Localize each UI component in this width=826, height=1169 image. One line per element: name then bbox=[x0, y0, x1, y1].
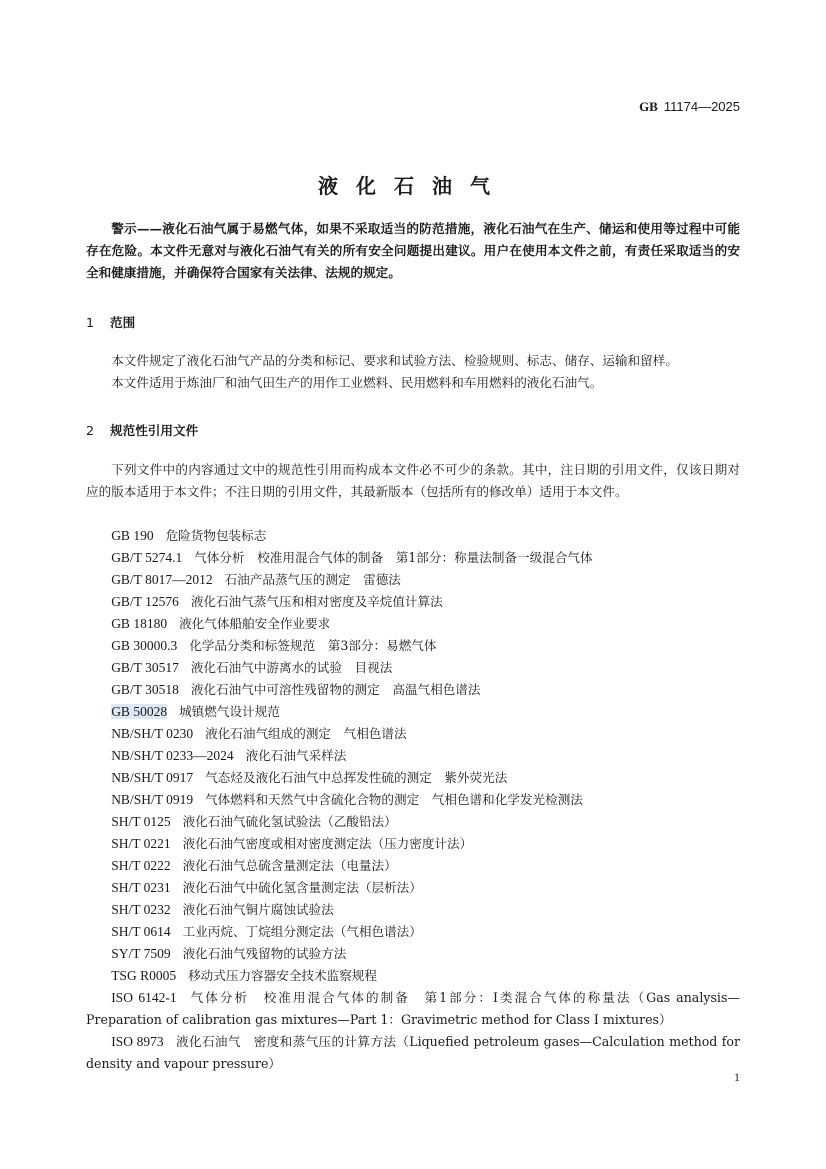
scope-paragraph-2: 本文件适用于炼油厂和油气田生产的用作工业燃料、民用燃料和车用燃料的液化石油气。 bbox=[86, 372, 740, 394]
reference-item: ISO 6142-1气体分析 校准用混合气体的制备 第1部分：I类混合气体的称量… bbox=[86, 987, 740, 1031]
reference-item: GB/T 8017—2012石油产品蒸气压的测定 雷德法 bbox=[86, 569, 740, 591]
reference-list: GB 190危险货物包装标志 GB/T 5274.1气体分析 校准用混合气体的制… bbox=[86, 525, 740, 1075]
references-intro: 下列文件中的内容通过文中的规范性引用而构成本文件必不可少的条款。其中，注日期的引… bbox=[86, 459, 740, 503]
reference-item: GB 190危险货物包装标志 bbox=[86, 525, 740, 547]
reference-item-highlighted: GB 50028城镇燃气设计规范 bbox=[86, 701, 740, 723]
reference-item: SH/T 0231液化石油气中硫化氢含量测定法（层析法） bbox=[86, 877, 740, 899]
reference-item: SH/T 0221液化石油气密度或相对密度测定法（压力密度计法） bbox=[86, 833, 740, 855]
reference-item: GB 18180液化气体船舶安全作业要求 bbox=[86, 613, 740, 635]
reference-item: GB/T 30518液化石油气中可溶性残留物的测定 高温气相色谱法 bbox=[86, 679, 740, 701]
standard-number: GB11174—2025 bbox=[639, 99, 740, 115]
reference-item: NB/SH/T 0919气体燃料和天然气中含硫化合物的测定 气相色谱和化学发光检… bbox=[86, 789, 740, 811]
reference-item: TSG R0005移动式压力容器安全技术监察规程 bbox=[86, 965, 740, 987]
reference-item: SH/T 0125液化石油气硫化氢试验法（乙酸铅法） bbox=[86, 811, 740, 833]
section-2-heading: 2规范性引用文件 bbox=[86, 420, 198, 439]
reference-item: NB/SH/T 0233—2024液化石油气采样法 bbox=[86, 745, 740, 767]
reference-item: GB/T 30517液化石油气中游离水的试验 目视法 bbox=[86, 657, 740, 679]
reference-item: SH/T 0222液化石油气总硫含量测定法（电量法） bbox=[86, 855, 740, 877]
warning-paragraph: 警示——液化石油气属于易燃气体，如果不采取适当的防范措施，液化石油气在生产、储运… bbox=[86, 218, 740, 284]
section-1-heading: 1范围 bbox=[86, 312, 135, 331]
scope-paragraph-1: 本文件规定了液化石油气产品的分类和标记、要求和试验方法、检验规则、标志、储存、运… bbox=[86, 350, 740, 372]
page-number: 1 bbox=[734, 1070, 740, 1085]
reference-item: NB/SH/T 0230液化石油气组成的测定 气相色谱法 bbox=[86, 723, 740, 745]
reference-item: GB 30000.3化学品分类和标签规范 第3部分：易燃气体 bbox=[86, 635, 740, 657]
reference-item: NB/SH/T 0917气态烃及液化石油气中总挥发性硫的测定 紫外荧光法 bbox=[86, 767, 740, 789]
reference-item: GB/T 5274.1气体分析 校准用混合气体的制备 第1部分：称量法制备一级混… bbox=[86, 547, 740, 569]
reference-item: SH/T 0232液化石油气铜片腐蚀试验法 bbox=[86, 899, 740, 921]
reference-item: ISO 8973液化石油气 密度和蒸气压的计算方法（Liquefied petr… bbox=[86, 1031, 740, 1075]
reference-item: SY/T 7509液化石油气残留物的试验方法 bbox=[86, 943, 740, 965]
reference-item: GB/T 12576液化石油气蒸气压和相对密度及辛烷值计算法 bbox=[86, 591, 740, 613]
document-title: 液化石油气 bbox=[0, 170, 826, 199]
reference-item: SH/T 0614工业丙烷、丁烷组分测定法（气相色谱法） bbox=[86, 921, 740, 943]
